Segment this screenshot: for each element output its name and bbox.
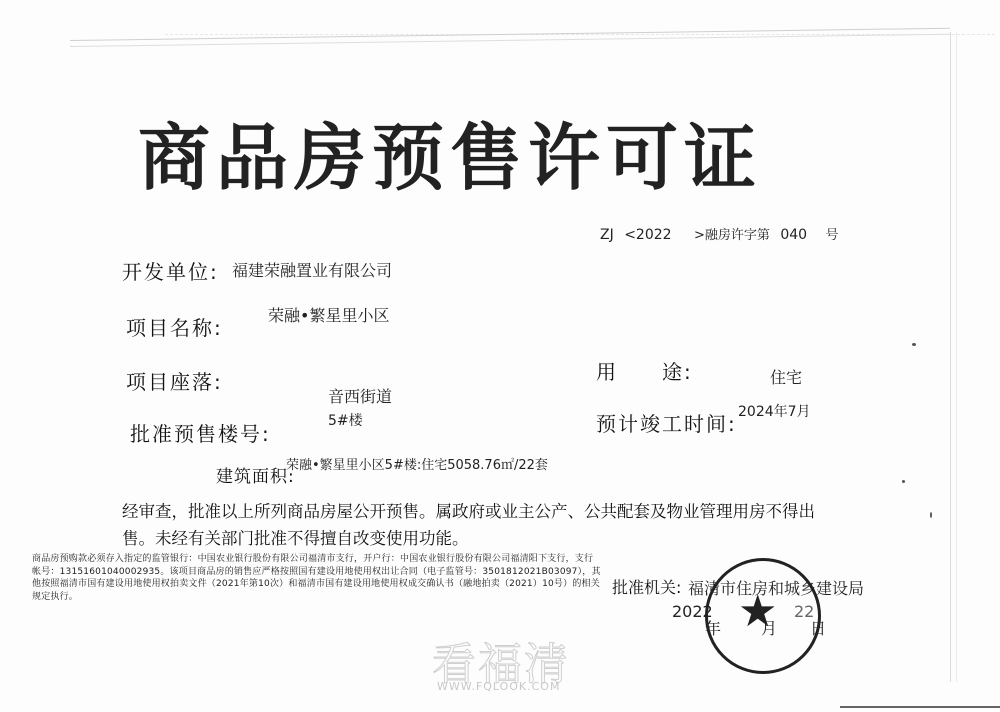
floor-area-value: 荣融•繁星里小区5#楼:住宅5058.76㎡/22套: [286, 454, 548, 473]
project-location-value: 音西街道: [328, 384, 392, 407]
approval-authority-label: 批准机关:: [612, 575, 681, 598]
approved-buildings-value: 5#楼: [328, 410, 363, 430]
star-icon: ★: [738, 590, 777, 634]
approval-statement: 经审查，批准以上所列商品房屋公开预售。属政府或业主公产、公共配套及物业管理用房不…: [122, 498, 832, 552]
scan-speck: [912, 343, 916, 346]
scan-speck: [930, 512, 932, 518]
project-name-label: 项目名称:: [126, 312, 223, 341]
permit-year: <2022: [624, 227, 671, 243]
scan-speck: [902, 480, 905, 483]
project-name-value: 荣融•繁星里小区: [268, 303, 389, 326]
floor-area-label: 建筑面积:: [216, 462, 295, 487]
frame-line-top-inner: [70, 34, 950, 47]
frame-line-right-outer: [956, 32, 957, 682]
usage-label-2: 途:: [662, 356, 693, 385]
usage-value: 住宅: [770, 365, 802, 388]
completion-time-value: 2024年7月: [738, 401, 811, 421]
frame-line-right: [950, 32, 951, 682]
border-ornament: [165, 14, 995, 35]
permit-num: 040: [780, 227, 807, 243]
project-location-label: 项目座落:: [126, 366, 223, 395]
permit-suffix: 号: [826, 228, 839, 243]
completion-time-label: 预计竣工时间:: [596, 408, 737, 437]
document-title: 商品房预售许可证: [138, 100, 762, 204]
frame-corner-bottom: [840, 706, 1000, 708]
watermark-url: WWW.FQLOOK.COM: [437, 680, 560, 693]
permit-number: ZJ <2022 >融房许字第 040 号: [600, 224, 845, 243]
developer-value: 福建荣融置业有限公司: [232, 258, 392, 281]
approved-buildings-label: 批准预售楼号:: [130, 418, 271, 447]
developer-label: 开发单位:: [122, 256, 219, 285]
permit-mid: >融房许字第: [694, 228, 770, 243]
footnote: 商品房预购款必须存入指定的监管银行：中国农业银行股份有限公司福清市支行，开户行：…: [32, 553, 602, 603]
usage-label-1: 用: [596, 356, 618, 385]
permit-prefix: ZJ: [600, 227, 614, 243]
